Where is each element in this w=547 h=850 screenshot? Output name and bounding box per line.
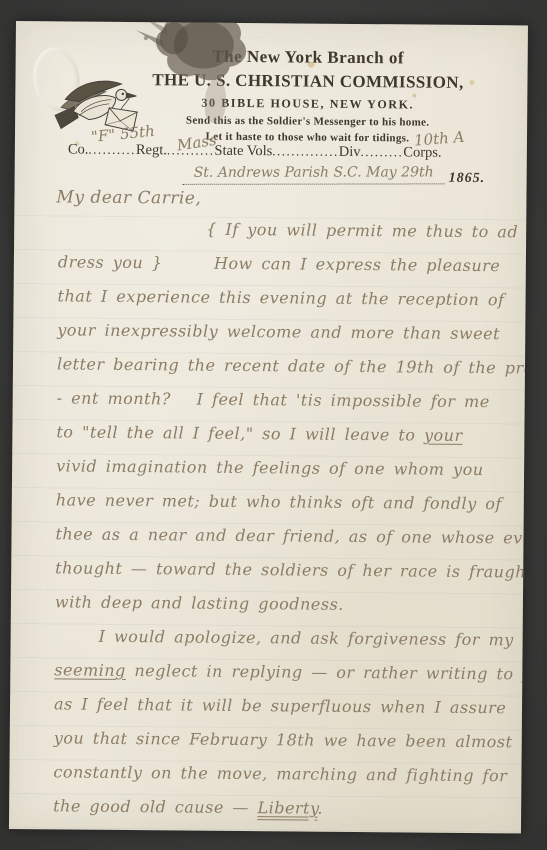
co-label: Co.: [68, 141, 89, 157]
place-date-line: St. Andrews Parish S.C. May 29th: [183, 164, 445, 184]
letter-line: dress you } How can I express the pleasu…: [58, 245, 522, 283]
salutation: My dear Carrie,: [56, 187, 201, 208]
letter-line: you that since February 18th we have bee…: [54, 721, 518, 759]
letter-line: - ent month? I feel that 'tis impossible…: [57, 381, 521, 419]
letter-line: as I feel that it will be superfluous wh…: [54, 687, 518, 725]
letter-line: thought — toward the soldiers of her rac…: [55, 551, 519, 589]
letter-line: that I experience this evening at the re…: [57, 279, 521, 317]
underlined-word: Liberty: [257, 798, 317, 818]
year-value: 1865.: [449, 171, 486, 187]
letter-line: I would apologize, and ask forgiveness f…: [54, 619, 518, 657]
letter-paper: The New York Branch of THE U. S. CHRISTI…: [9, 21, 528, 833]
letterhead-address-line: 30 BIBLE HOUSE, NEW YORK.: [100, 95, 515, 114]
underlined-word: your: [424, 426, 463, 445]
letter-line: thee as a near and dear friend, as of on…: [55, 517, 519, 555]
regt-label: Regt.: [136, 142, 167, 158]
letter-line: your inexpressibly welcome and more than…: [57, 313, 521, 351]
letter-line: have never met; but who thinks oft and f…: [56, 483, 520, 521]
letter-line: { If you will permit me thus to ad: [58, 211, 522, 249]
state-label: State Vols: [214, 143, 272, 160]
letter-line: the good old cause — Liberty.: [53, 789, 517, 827]
letter-line: with deep and lasting goodness.: [55, 585, 519, 623]
letterhead-branch-line: The New York Branch of: [101, 46, 516, 70]
letter-line: seeming neglect in replying — or rather …: [54, 653, 518, 691]
letter-line: constantly on the move, marching and fig…: [53, 755, 517, 793]
letterhead-motto-1: Send this as the Soldier's Messenger to …: [100, 114, 515, 130]
letter-line: letter bearing the recent date of the 19…: [57, 347, 521, 385]
letter-body: { If you will permit me thus to address …: [53, 211, 522, 827]
scanned-letter-photo: The New York Branch of THE U. S. CHRISTI…: [0, 0, 547, 850]
div-dots: .........: [361, 144, 404, 159]
state-dots: ..............: [272, 143, 339, 159]
letterhead-org-line: THE U. S. CHRISTIAN COMMISSION,: [100, 70, 515, 94]
letter-line: to "tell the all I feel," so I will leav…: [56, 415, 520, 453]
letter-line: vivid imagination the feelings of one wh…: [56, 449, 520, 487]
div-label: Div: [339, 144, 361, 160]
underlined-word: seeming: [54, 660, 126, 680]
